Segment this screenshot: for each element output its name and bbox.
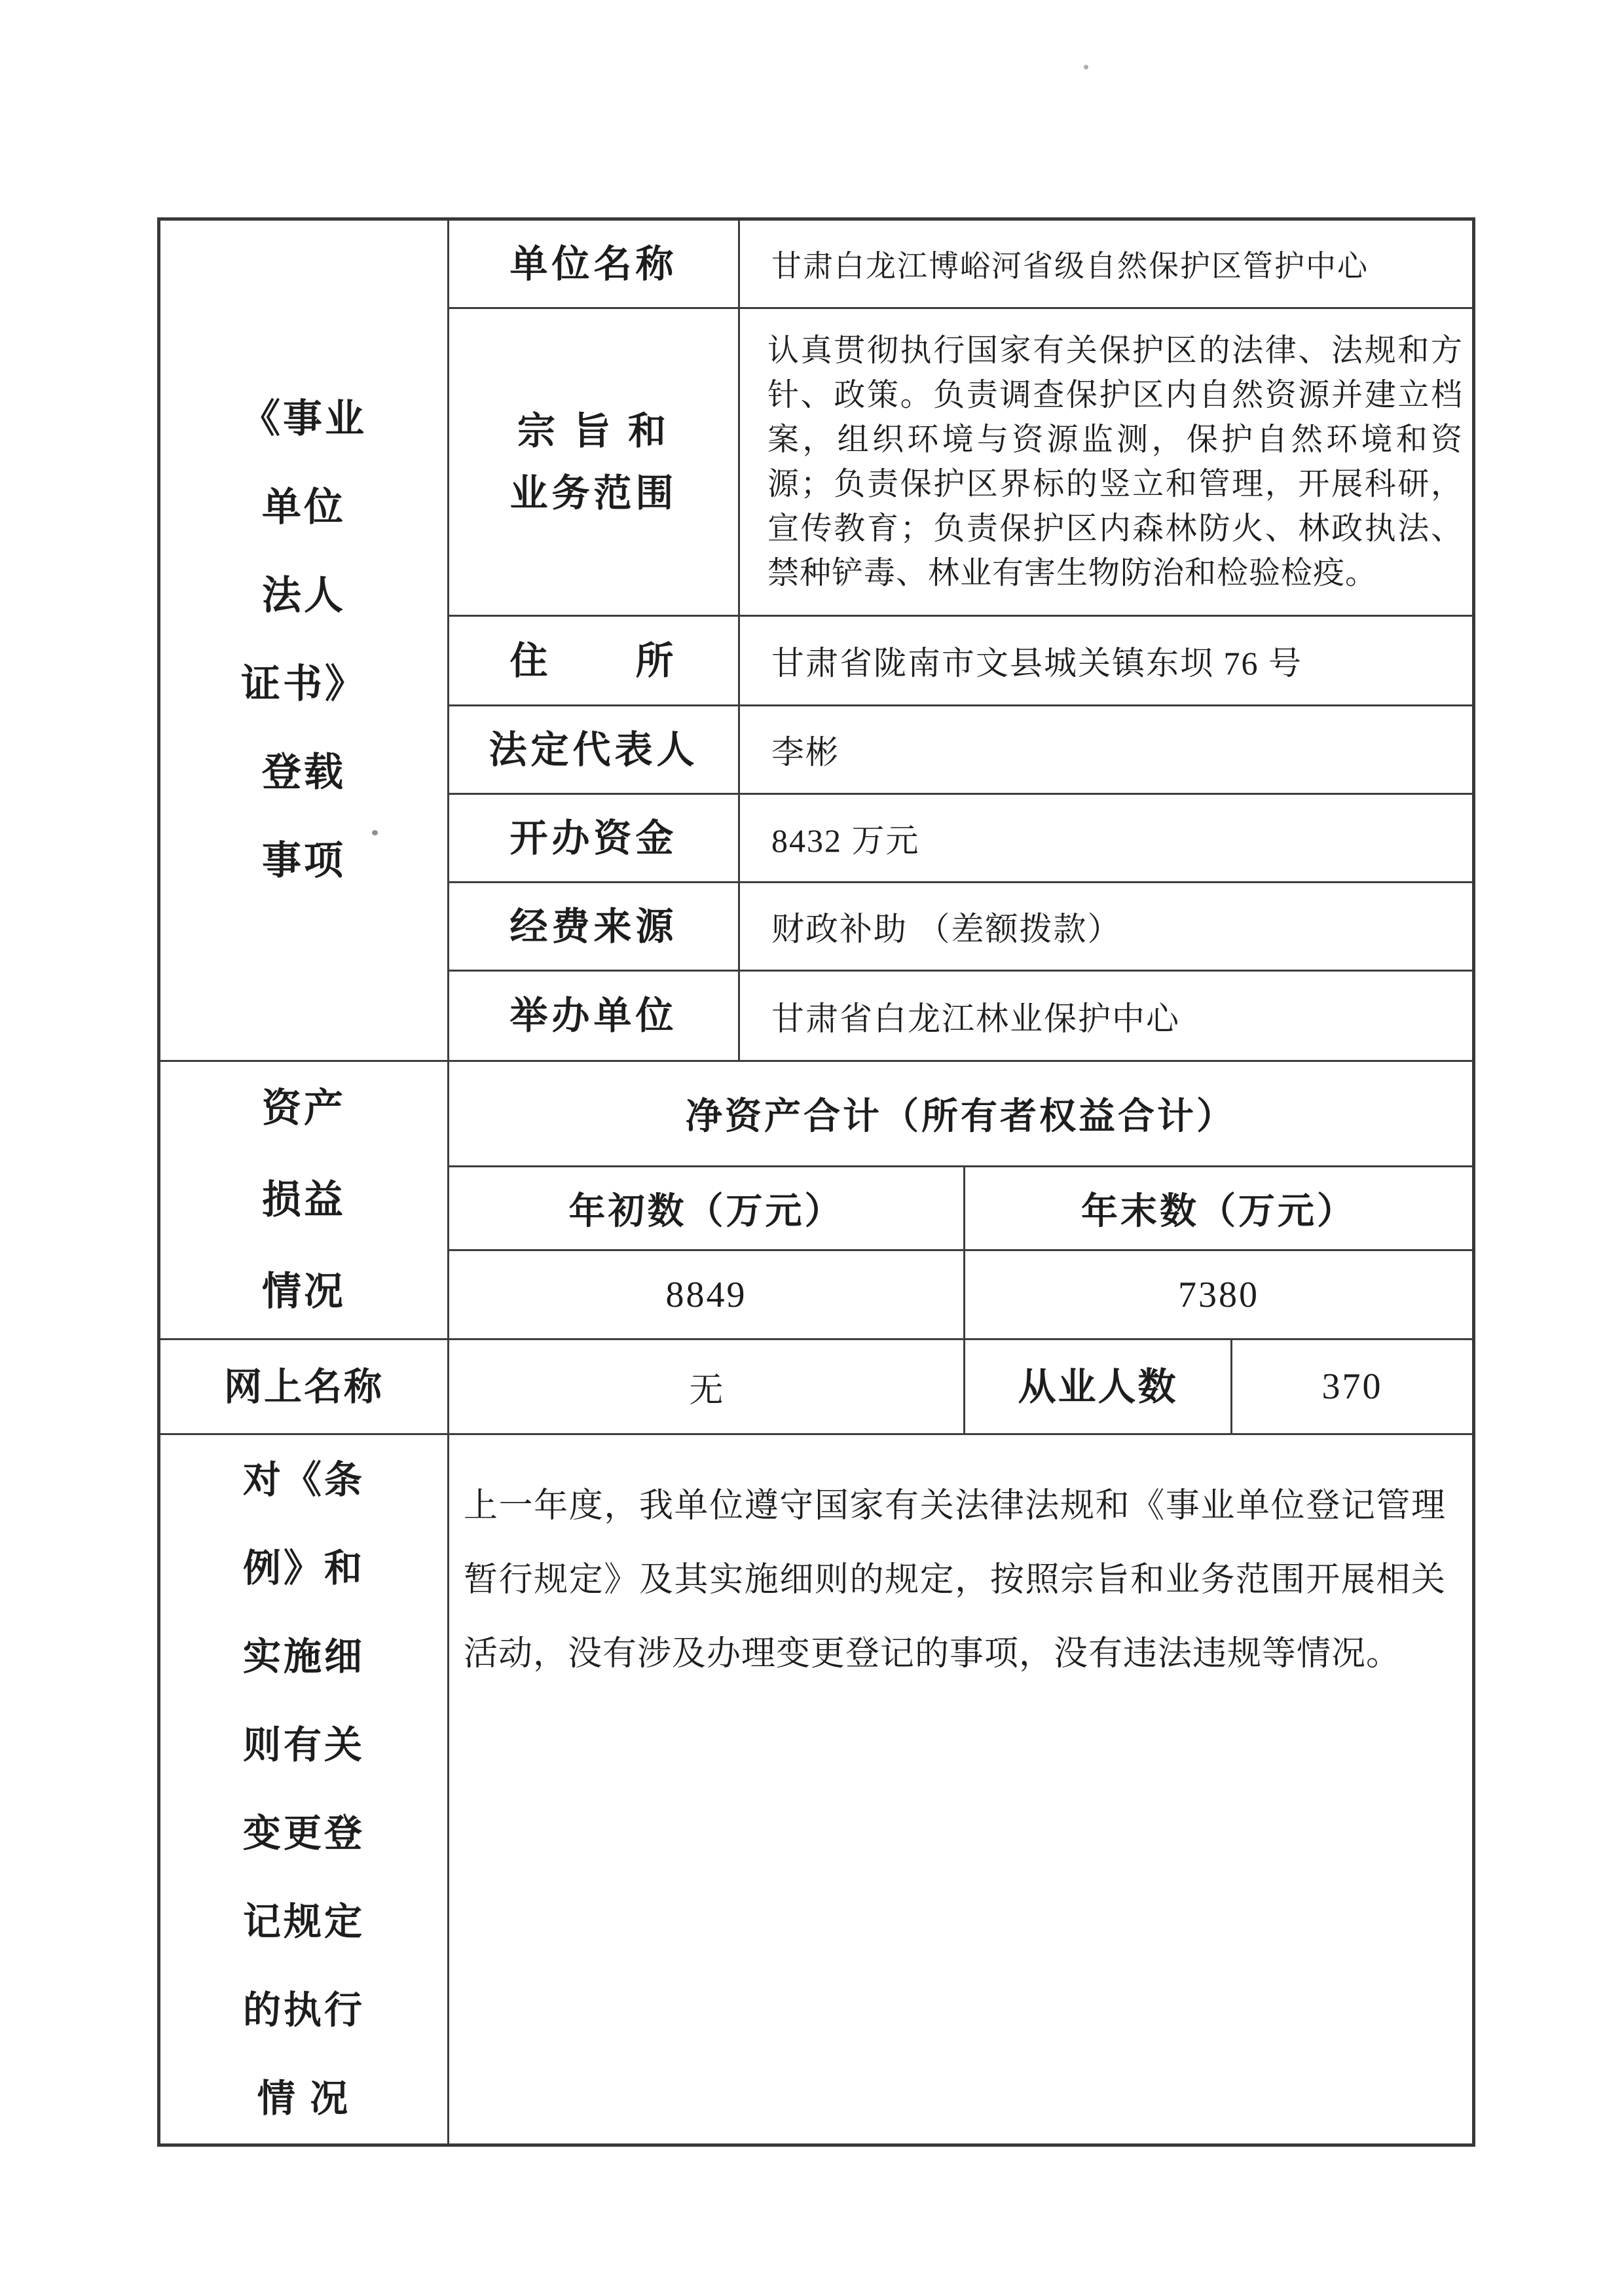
net-assets-header: 净资产合计（所有者权益合计）: [449, 1061, 1474, 1167]
sponsor-unit-value: 甘肃省白龙江林业保护中心: [739, 971, 1474, 1061]
unit-name-label: 单位名称: [449, 219, 739, 308]
opening-funds-value: 8432 万元: [739, 794, 1474, 883]
address-label: 住 所: [449, 616, 739, 706]
annual-report-table: 《事业 单位 法人 证书》 登载 事项 单位名称 甘肃白龙江博峪河省级自然保护区…: [157, 217, 1475, 2147]
staff-count-label: 从业人数: [965, 1339, 1232, 1434]
staff-count-value: 370: [1232, 1339, 1474, 1434]
legal-representative-value: 李彬: [739, 706, 1474, 794]
legal-representative-label: 法定代表人: [449, 706, 739, 794]
sponsor-unit-label: 举办单位: [449, 971, 739, 1061]
address-value: 甘肃省陇南市文县城关镇东坝 76 号: [739, 616, 1474, 706]
funding-source-value: 财政补助 （差额拨款）: [739, 883, 1474, 971]
purpose-scope-value: 认真贯彻执行国家有关保护区的法律、法规和方针、政策。负责调查保护区内自然资源并建…: [739, 308, 1474, 616]
purpose-scope-label: 宗 旨 和 业务范围: [449, 308, 739, 616]
certificate-section-side-label: 《事业 单位 法人 证书》 登载 事项: [159, 219, 449, 1061]
opening-funds-label: 开办资金: [449, 794, 739, 883]
compliance-statement: 上一年度，我单位遵守国家有关法律法规和《事业单位登记管理暂行规定》及其实施细则的…: [449, 1434, 1474, 2145]
scan-speck: [1084, 65, 1088, 69]
unit-name-value: 甘肃白龙江博峪河省级自然保护区管护中心: [739, 219, 1474, 308]
online-name-value: 无: [449, 1339, 965, 1434]
year-begin-column-header: 年初数（万元）: [449, 1167, 965, 1250]
year-end-column-header: 年末数（万元）: [965, 1167, 1474, 1250]
year-end-value: 7380: [965, 1250, 1474, 1339]
year-begin-value: 8849: [449, 1250, 965, 1339]
funding-source-label: 经费来源: [449, 883, 739, 971]
online-name-label: 网上名称: [159, 1339, 449, 1434]
scanned-registration-form-page: 《事业 单位 法人 证书》 登载 事项 单位名称 甘肃白龙江博峪河省级自然保护区…: [0, 0, 1624, 2296]
compliance-section-side-label: 对《条 例》和 实施细 则有关 变更登 记规定 的执行 情 况: [159, 1434, 449, 2145]
assets-section-side-label: 资产 损益 情况: [159, 1061, 449, 1339]
